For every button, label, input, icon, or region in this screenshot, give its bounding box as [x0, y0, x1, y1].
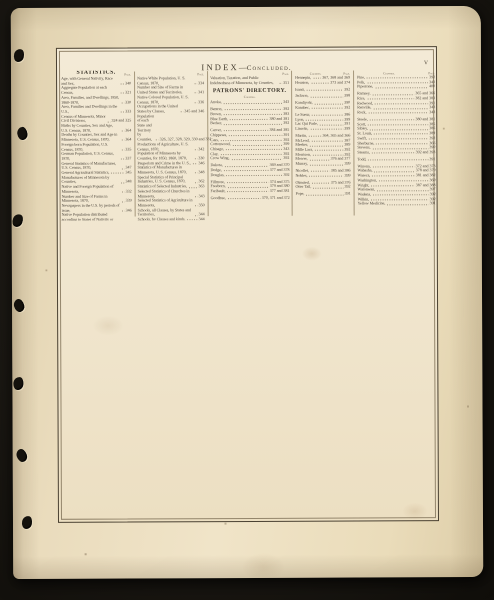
county-name: Anoka, [210, 100, 221, 105]
dot-leader [194, 102, 197, 103]
dot-leader [309, 159, 330, 160]
dot-leader [311, 183, 330, 184]
dot-leader [121, 182, 125, 183]
dot-leader [374, 134, 429, 135]
binding-hole [13, 298, 26, 313]
entry-page: 399 [344, 127, 350, 132]
dot-leader [311, 141, 343, 142]
county-name: Pope, [296, 192, 305, 197]
dot-leader [227, 191, 269, 192]
paper-specks [11, 8, 12, 9]
statistics-entry-list: Valuation, Taxation, and Public Indebted… [210, 76, 289, 86]
dot-leader [121, 140, 124, 141]
dot-leader [121, 192, 124, 193]
entry-page: 321 [125, 91, 131, 96]
dot-leader [373, 194, 429, 195]
page-column-header: Page. [282, 71, 289, 75]
entry-page: 377 and 381 [270, 189, 290, 194]
column-header: Counties. Page. [295, 70, 350, 76]
county-entry: Pope, 391 [296, 192, 351, 197]
dot-leader [223, 170, 268, 171]
county-entry: Pipestone, 400 [357, 85, 435, 90]
dot-leader [226, 149, 283, 150]
dot-leader [194, 93, 197, 94]
photo-background: INDEX—Concluded. V STATISTICS. Page. [0, 0, 494, 600]
county-entry: Douglas, 392 [210, 172, 289, 177]
county-entry: Murray, 399 [295, 162, 350, 167]
entry-page: 332 [126, 189, 132, 194]
entry-title: Valuation, Taxation, and Public Indebted… [210, 76, 278, 86]
entry-page: 346 [198, 161, 204, 166]
statistics-column-1: STATISTICS. Page. Age, with General Nati… [61, 71, 132, 221]
counties-column-header: Counties. [295, 71, 336, 75]
dot-leader [372, 166, 415, 167]
index-text-block: STATISTICS. Page. Age, with General Nati… [57, 69, 439, 221]
dot-leader [224, 109, 282, 110]
county-name: Nobles, [295, 174, 307, 179]
directory-column-2: Counties. Page. Hennepin, 367, 368 and 3… [295, 70, 351, 197]
county-entry: Nobles, 399 [295, 173, 350, 178]
county-name: Pipestone, [357, 85, 373, 90]
dot-leader [310, 96, 343, 97]
entry-page: 345 [125, 171, 131, 176]
county-name: Houston, [295, 80, 309, 85]
entry-page: 392 [283, 121, 289, 126]
directory-column-3: Counties. Page. Pine, 392 Polk, [357, 69, 436, 206]
entry-page: 333 [125, 109, 131, 114]
county-name: Goodhue, [211, 196, 226, 201]
entry-page: 346 [126, 208, 132, 213]
county-entry: Goodhue, 370, 371 and 372 [211, 196, 290, 201]
dot-leader [192, 163, 197, 164]
dot-leader [188, 187, 197, 188]
dot-leader [121, 201, 124, 202]
entry-page: 392 [344, 106, 350, 111]
dot-leader [195, 206, 198, 207]
entry-page: 335 [125, 147, 131, 152]
dot-leader [231, 158, 282, 159]
county-name: Todd, [357, 157, 366, 162]
entry-page: 391 [345, 192, 351, 197]
dot-leader [229, 119, 268, 120]
dot-leader [120, 93, 124, 94]
dot-leader [368, 124, 429, 125]
atlas-page: INDEX—Concluded. V STATISTICS. Page. [11, 6, 483, 579]
page-border-frame: INDEX—Concluded. V STATISTICS. Page. [56, 46, 439, 523]
dot-leader [376, 143, 429, 144]
dot-leader [308, 136, 321, 137]
dot-leader [366, 78, 428, 79]
county-entry: Yellow Medicine, 391 [358, 202, 436, 207]
county-entry: Jackson, 398 [295, 94, 350, 99]
dot-leader [121, 149, 124, 150]
county-name: Lincoln, [295, 127, 308, 132]
dot-leader [375, 103, 429, 104]
dot-leader [372, 176, 415, 177]
entry-title: Native Population distributed according … [62, 213, 121, 221]
county-entry: Anoka, 343 [210, 100, 289, 105]
dot-leader [377, 190, 429, 191]
dot-leader [368, 138, 428, 139]
entry-page: 391 [429, 157, 435, 162]
county-name: Yellow Medicine, [358, 202, 386, 207]
dot-leader [121, 102, 124, 103]
entry-page: 364 [125, 128, 131, 133]
dot-leader [374, 171, 415, 172]
county-entry: Isanti, 392 [295, 87, 350, 92]
entry-page: 339 [126, 199, 132, 204]
statistics-heading: STATISTICS. [61, 70, 131, 77]
dot-leader [310, 145, 344, 146]
entry-page: 391 [430, 202, 436, 207]
county-entry: Kanabec, 392 [295, 106, 350, 111]
county-entry: Otter Tail, 392 [296, 185, 351, 190]
county-name: Jackson, [295, 94, 308, 99]
entry-page: 334 [198, 81, 204, 86]
entry-page: 400 [429, 85, 435, 90]
statistics-column-2: Page. Native White Population, U. S. Cen… [137, 70, 205, 221]
entry-page: 392 [344, 87, 350, 92]
entry-page: 345 and 346 [184, 109, 204, 114]
column-header: Page. [137, 70, 204, 76]
dot-leader [311, 108, 343, 109]
column-header: Counties. Page. [357, 69, 435, 75]
dot-leader [306, 90, 343, 91]
dot-leader [387, 204, 429, 205]
dot-leader [310, 171, 329, 172]
statistics-entry-list: Age, with General Nativity, Race and Sex… [61, 77, 132, 221]
binding-hole [15, 448, 29, 464]
entry-page: 342 [198, 147, 204, 152]
entry-page: 392 [283, 156, 289, 161]
entry-page: 340 [125, 81, 131, 86]
column-divider [134, 71, 135, 216]
dot-leader [227, 198, 260, 199]
entry-page: 370, 371 and 372 [262, 196, 290, 201]
dot-leader [315, 150, 344, 151]
entry-page: 351 [283, 81, 289, 86]
column-divider [207, 71, 208, 216]
dot-leader [314, 103, 343, 104]
entry-page: 343 [199, 194, 205, 199]
page-number: V [424, 60, 428, 66]
county-name: Murray, [295, 162, 307, 167]
dot-leader [194, 158, 197, 159]
dot-leader [111, 173, 125, 174]
dot-leader [226, 182, 268, 183]
dot-leader [368, 113, 428, 114]
entry-page: 399 [344, 173, 350, 178]
patrons-directory-heading: PATRONS' DIRECTORY. [210, 88, 289, 95]
dot-leader [311, 83, 330, 84]
county-name: Douglas, [210, 173, 224, 178]
dot-leader [313, 187, 344, 188]
dot-leader [195, 182, 198, 183]
entry-page: 399 [344, 162, 350, 167]
dot-leader [121, 211, 124, 212]
dot-leader [194, 173, 197, 174]
county-name: Faribault, [211, 189, 226, 194]
dot-leader [229, 135, 283, 136]
dot-leader [226, 175, 283, 176]
entry-page: 330 [125, 100, 131, 105]
entry-page: 337 [125, 156, 131, 161]
dot-leader [369, 129, 428, 130]
dot-leader [121, 131, 124, 132]
county-name: Kanabec, [295, 106, 310, 111]
dot-leader [227, 186, 269, 187]
column-divider [291, 71, 292, 216]
dot-leader [367, 99, 415, 100]
entry-page: 350 [199, 203, 205, 208]
dot-leader [312, 115, 344, 116]
dot-leader [121, 112, 125, 113]
index-entry: Population of each State and Territory b… [137, 114, 204, 143]
entry-page: 373 and 374 [330, 80, 350, 85]
dot-leader [319, 124, 343, 125]
county-entry: Lincoln, 399 [295, 127, 350, 132]
entry-title: Population of each State and Territory b… [137, 114, 154, 142]
county-entry: Faribault, 377 and 381 [211, 189, 290, 194]
entry-page: 363 [199, 184, 205, 189]
county-name: Becker, [210, 121, 222, 126]
binding-hole [13, 376, 25, 390]
entry-page: 348 [198, 170, 204, 175]
counties-column-header: Counties. [357, 71, 421, 75]
entry-page: 392 and 393 [416, 150, 436, 155]
dot-leader [194, 149, 197, 150]
entry-page: 364 [125, 138, 131, 143]
entry-page: 343 [283, 100, 289, 105]
dot-leader [372, 94, 414, 95]
entry-page: 398 [344, 94, 350, 99]
dot-leader [194, 196, 197, 197]
dot-leader [367, 82, 428, 83]
page-column-header: Page. [428, 71, 435, 75]
county-name: Isanti, [295, 87, 305, 92]
dot-leader [180, 112, 183, 113]
dot-leader [224, 123, 283, 124]
index-entry: Native Population distributed according … [62, 213, 132, 221]
column-divider [353, 71, 354, 216]
statistics-entry-list: Native White Population, U. S. Census, 1… [137, 76, 205, 221]
entry-page: 392 [283, 172, 289, 177]
county-name: Otter Tail, [296, 185, 312, 190]
dot-leader [306, 194, 344, 195]
dot-leader [309, 176, 344, 177]
dot-leader [279, 83, 282, 84]
entry-page: 336 [198, 100, 204, 105]
county-entry: Stearns, 392 and 393 [357, 150, 435, 155]
county-entry: Todd, 391 [357, 157, 435, 162]
dot-leader [375, 87, 428, 88]
dot-leader [232, 144, 282, 145]
dot-leader [224, 165, 269, 166]
counties-subheader: Counties. [210, 95, 289, 100]
column-header: Page. [210, 70, 289, 76]
dot-leader [368, 159, 429, 160]
dot-leader [369, 120, 414, 121]
county-entry: Crow Wing, 392 [210, 156, 289, 161]
county-entry-list: Pine, 392 Polk, 343 Pipestone, 400 [357, 75, 436, 206]
binding-hole [13, 48, 26, 63]
county-name: Rock, [357, 111, 366, 116]
entry-page: 392 [345, 185, 351, 190]
binding-hole [11, 213, 25, 229]
dot-leader [309, 164, 343, 165]
entry-page: 343 [429, 110, 435, 115]
county-entry: Rock, 343 [357, 110, 435, 115]
dot-leader [121, 84, 125, 85]
binding-hole [16, 126, 28, 140]
page-column-header: Page. [124, 72, 131, 76]
dot-leader [223, 102, 282, 103]
county-entry-list: Anoka, 343 Benton, 392 Brown, 383 [210, 100, 289, 201]
dot-leader [121, 168, 124, 169]
county-name: Crow Wing, [210, 156, 229, 161]
binding-hole [21, 515, 33, 530]
dot-leader [371, 153, 414, 154]
entry-page: 344 [199, 217, 205, 221]
county-entry-list: Hennepin, 367, 368 and 369 Houston, 373 … [295, 76, 351, 197]
dot-leader [310, 129, 343, 130]
page-column-header: Page. [343, 71, 350, 75]
dot-leader [313, 78, 322, 79]
index-entry: Valuation, Taxation, and Public Indebted… [210, 76, 289, 86]
dot-leader [187, 220, 198, 221]
dot-leader [195, 215, 198, 216]
dot-leader [121, 159, 125, 160]
dot-leader [194, 83, 197, 84]
county-name: Stearns, [357, 150, 369, 155]
entry-page: 341 [198, 90, 204, 95]
statistics-directory-column: Page. Valuation, Taxation, and Public In… [210, 70, 290, 201]
county-entry: Becker, 392 [210, 121, 289, 126]
column-header: STATISTICS. Page. [61, 71, 131, 77]
entry-page: 348 [126, 180, 132, 185]
dot-leader [373, 108, 428, 109]
page-column-header: Page. [197, 72, 204, 76]
county-entry: Houston, 373 and 374 [295, 80, 350, 85]
dot-leader [371, 185, 415, 186]
dot-leader [223, 130, 268, 131]
index-entry: Schools, by Classes and kinds, 344 [138, 217, 205, 221]
